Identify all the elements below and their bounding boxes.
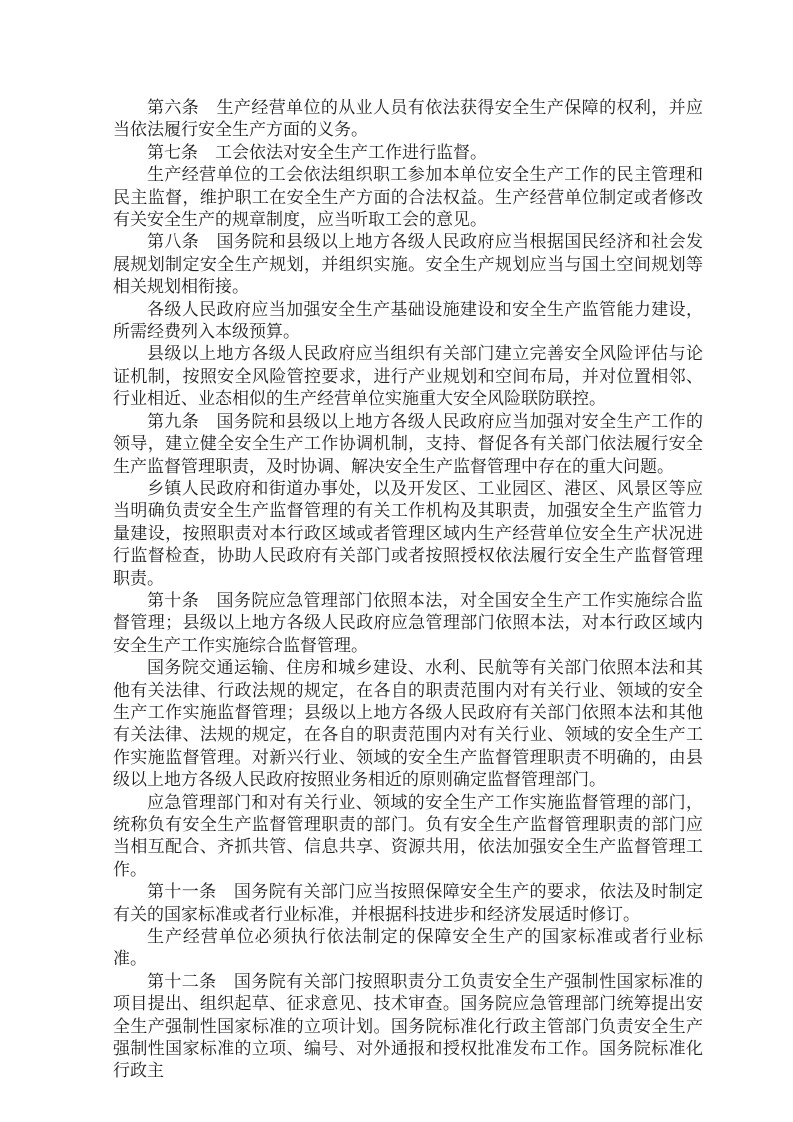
law-paragraph-article-11: 第十一条 国务院有关部门应当按照保障安全生产的要求，依法及时制定有关的国家标准或… [113, 881, 703, 926]
law-paragraph: 县级以上地方各级人民政府应当组织有关部门建立完善安全风险评估与论证机制，按照安全… [113, 343, 703, 410]
law-paragraph: 应急管理部门和对有关行业、领域的安全生产工作实施监督管理的部门，统称负有安全生产… [113, 792, 703, 882]
law-paragraph-article-8: 第八条 国务院和县级以上地方各级人民政府应当根据国民经济和社会发展规划制定安全生… [113, 231, 703, 298]
law-paragraph: 生产经营单位的工会依法组织职工参加本单位安全生产工作的民主管理和民主监督，维护职… [113, 164, 703, 231]
law-paragraph-article-7: 第七条 工会依法对安全生产工作进行监督。 [113, 142, 703, 164]
law-paragraph-article-10: 第十条 国务院应急管理部门依照本法，对全国安全生产工作实施综合监督管理；县级以上… [113, 590, 703, 657]
law-paragraph-article-9: 第九条 国务院和县级以上地方各级人民政府应当加强对安全生产工作的领导，建立健全安… [113, 411, 703, 478]
law-paragraph: 生产经营单位必须执行依法制定的保障安全生产的国家标准或者行业标准。 [113, 926, 703, 971]
law-paragraph-article-12: 第十二条 国务院有关部门按照职责分工负责安全生产强制性国家标准的项目提出、组织起… [113, 971, 703, 1083]
law-paragraph: 各级人民政府应当加强安全生产基础设施建设和安全生产监管能力建设，所需经费列入本级… [113, 299, 703, 344]
law-paragraph-article-6: 第六条 生产经营单位的从业人员有依法获得安全生产保障的权利，并应当依法履行安全生… [113, 97, 703, 142]
document-page: 第六条 生产经营单位的从业人员有依法获得安全生产保障的权利，并应当依法履行安全生… [113, 97, 703, 1083]
law-paragraph: 国务院交通运输、住房和城乡建设、水利、民航等有关部门依照本法和其他有关法律、行政… [113, 657, 703, 791]
law-paragraph: 乡镇人民政府和街道办事处，以及开发区、工业园区、港区、风景区等应当明确负责安全生… [113, 478, 703, 590]
